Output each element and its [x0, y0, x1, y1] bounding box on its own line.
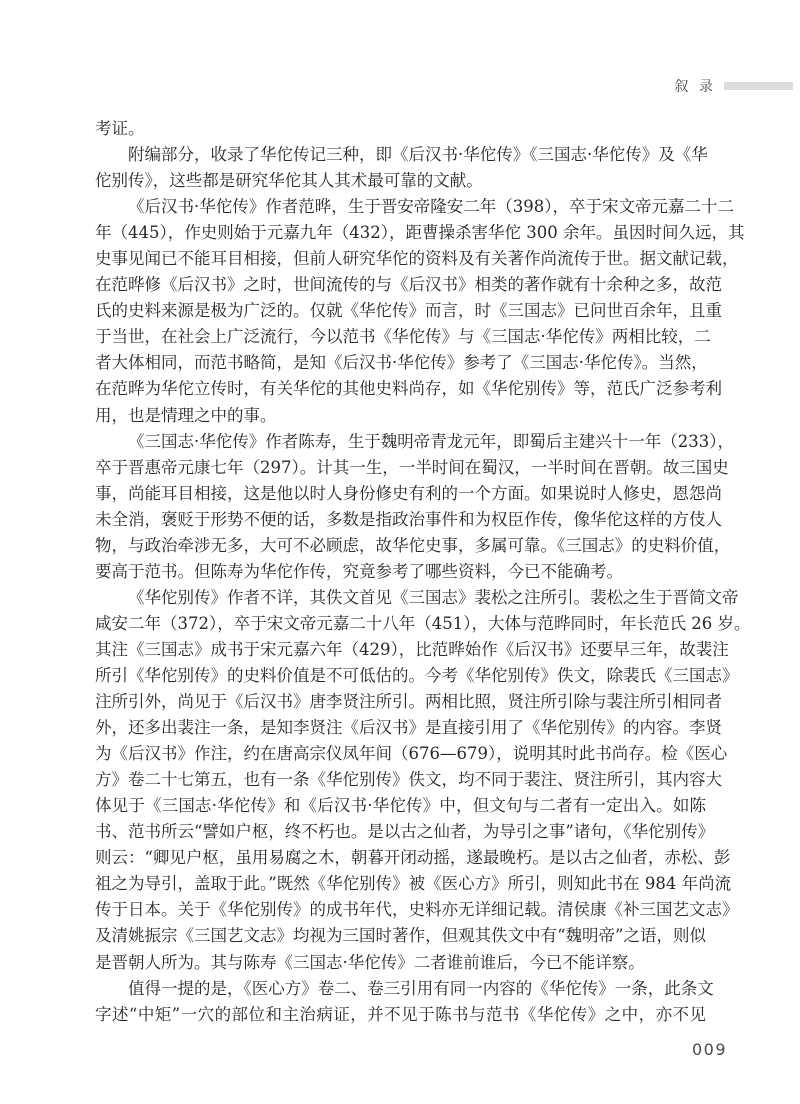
text-line: 卒于晋惠帝元康七年（297）。计其一生，一半时间在蜀汉，一半时间在晋朝。故三国史 [95, 455, 706, 481]
text-line: 外，还多出裴注一条，是知李贤注《后汉书》是直接引用了《华佗别传》的内容。李贤 [95, 715, 706, 741]
section-title: 叙 录 [675, 76, 716, 96]
text-line: 者大体相同，而范书略简，是知《后汉书·华佗传》参考了《三国志·华佗传》。当然， [95, 350, 706, 376]
text-line: 于当世，在社会上广泛流行，今以范书《华佗传》与《三国志·华佗传》两相比较，二 [95, 324, 706, 350]
text-line: 附编部分，收录了华佗传记三种，即《后汉书·华佗传》《三国志·华佗传》及《华 [95, 142, 706, 168]
text-line: 注所引外，尚见于《后汉书》唐李贤注所引。两相比照，贤注所引除与裴注所引相同者 [95, 689, 706, 715]
text-line: 事，尚能耳目相接，这是他以时人身份修史有利的一个方面。如果说时人修史，恩怨尚 [95, 481, 706, 507]
text-line: 物，与政治牵涉无多，大可不必顾虑，故华佗史事，多属可靠。《三国志》的史料价值， [95, 533, 706, 559]
text-line: 在范晔修《后汉书》之时，世间流传的与《后汉书》相类的著作就有十余种之多，故范 [95, 272, 706, 298]
text-line: 咸安二年（372），卒于宋文帝元嘉二十八年（451），大体与范晔同时，年长范氏 … [95, 611, 706, 637]
text-line: 及清姚振宗《三国艺文志》均视为三国时著作，但观其佚文中有“魏明帝”之语，则似 [95, 923, 706, 949]
running-header: 叙 录 [675, 76, 793, 96]
page-number: 009 [692, 1040, 727, 1059]
text-line: 方》卷二十七第五，也有一条《华佗别传》佚文，均不同于裴注、贤注所引，其内容大 [95, 767, 706, 793]
text-line: 祖之为导引，盖取于此。”既然《华佗别传》被《医心方》所引，则知此书在 984 年… [95, 871, 706, 897]
text-line: 值得一提的是，《医心方》卷二、卷三引用有同一内容的《华佗传》一条，此条文 [95, 976, 706, 1002]
text-line: 体见于《三国志·华佗传》和《后汉书·华佗传》中，但文句与二者有一定出入。如陈 [95, 793, 706, 819]
text-line: 考证。 [95, 116, 706, 142]
text-line: 是晋朝人所为。其与陈寿《三国志·华佗传》二者谁前谁后，今已不能详察。 [95, 950, 706, 976]
text-line: 在范晔为华佗立传时，有关华佗的其他史料尚存，如《华佗别传》等，范氏广泛参考利 [95, 376, 706, 402]
text-line: 史事见闻已不能耳目相接，但前人研究华佗的资料及有关著作尚流传于世。据文献记载， [95, 246, 706, 272]
text-line: 要高于范书。但陈寿为华佗作传，究竟参考了哪些资料，今已不能确考。 [95, 559, 706, 585]
text-line: 未全消，褒贬于形势不便的话，多数是指政治事件和为权臣作传，像华佗这样的方伎人 [95, 507, 706, 533]
body-text: 考证。附编部分，收录了华佗传记三种，即《后汉书·华佗传》《三国志·华佗传》及《华… [95, 116, 706, 1028]
text-line: 《华佗别传》作者不详，其佚文首见《三国志》裴松之注所引。裴松之生于晋简文帝 [95, 585, 706, 611]
text-line: 氏的史料来源是极为广泛的。仅就《华佗传》而言，时《三国志》已问世百余年，且重 [95, 298, 706, 324]
text-line: 其注《三国志》成书于宋元嘉六年（429），比范晔始作《后汉书》还要早三年，故裴注 [95, 637, 706, 663]
text-line: 传于日本。关于《华佗别传》的成书年代，史料亦无详细记载。清侯康《补三国艺文志》 [95, 897, 706, 923]
text-line: 书、范书所云“譬如户枢，终不朽也。是以古之仙者，为导引之事”诸句，《华佗别传》 [95, 819, 706, 845]
book-page: 叙 录 考证。附编部分，收录了华佗传记三种，即《后汉书·华佗传》《三国志·华佗传… [0, 0, 800, 1104]
text-line: 所引《华佗别传》的史料价值是不可低估的。今考《华佗别传》佚文，除裴氏《三国志》 [95, 663, 706, 689]
text-line: 用，也是情理之中的事。 [95, 403, 706, 429]
text-line: 则云：“卿见户枢，虽用易腐之木，朝暮开闭动摇，遂最晚朽。是以古之仙者，赤松、彭 [95, 845, 706, 871]
text-line: 年（445），作史则始于元嘉九年（432），距曹操杀害华佗 300 余年。虽因时… [95, 220, 706, 246]
text-line: 《后汉书·华佗传》作者范晔，生于晋安帝隆安二年（398），卒于宋文帝元嘉二十二 [95, 194, 706, 220]
text-line: 佗别传》，这些都是研究华佗其人其术最可靠的文献。 [95, 168, 706, 194]
text-line: 为《后汉书》作注，约在唐高宗仪凤年间（676—679），说明其时此书尚存。检《医… [95, 741, 706, 767]
header-decorative-bar [724, 82, 793, 90]
text-line: 《三国志·华佗传》作者陈寿，生于魏明帝青龙元年，即蜀后主建兴十一年（233）， [95, 429, 706, 455]
text-line: 字述“中矩”一穴的部位和主治病证，并不见于陈书与范书《华佗传》之中，亦不见 [95, 1002, 706, 1028]
